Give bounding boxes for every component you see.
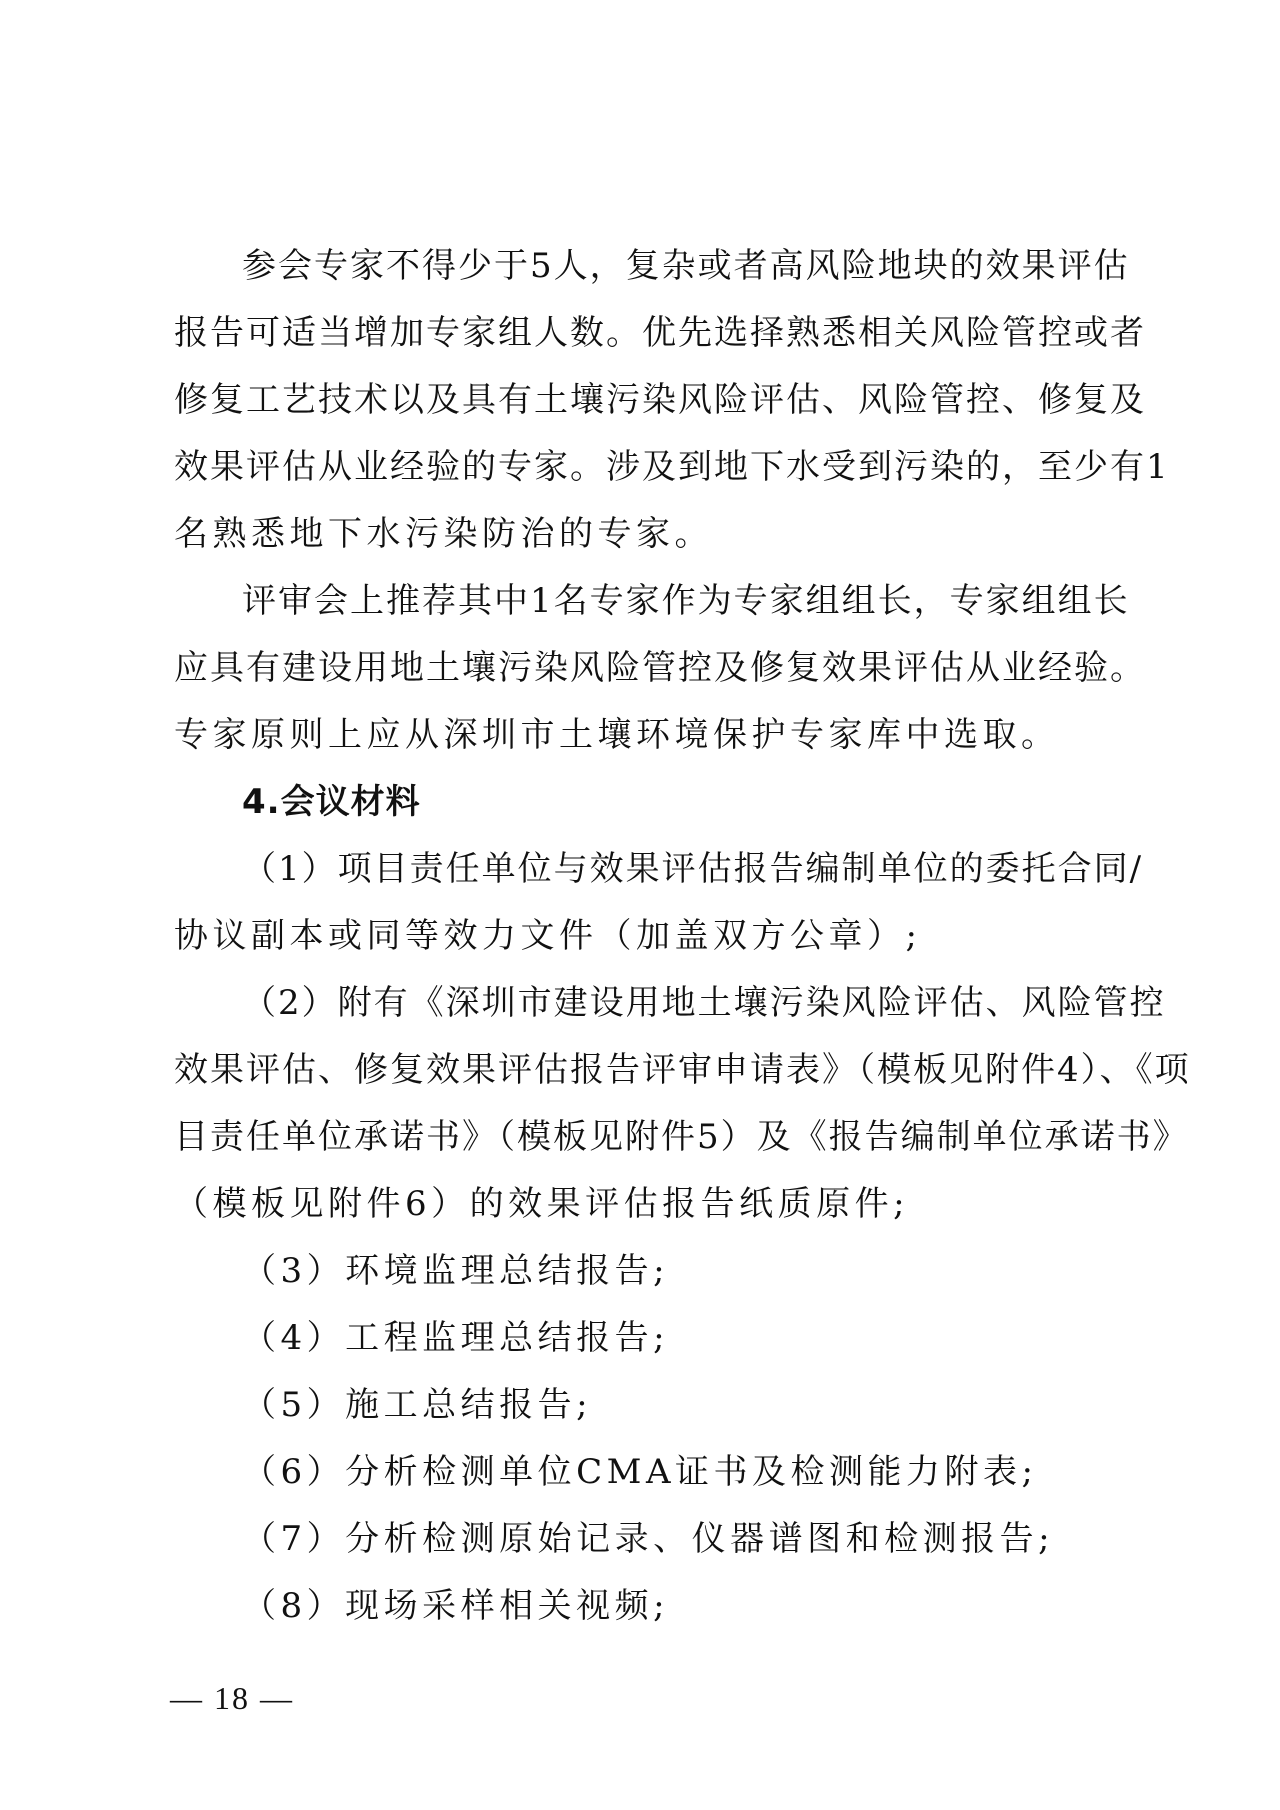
document-page: 参会专家不得少于5人，复杂或者高风险地块的效果评估 报告可适当增加专家组人数。优…	[0, 0, 1280, 1810]
text-line: 名熟悉地下水污染防治的专家。	[174, 501, 1107, 568]
text-line: 参会专家不得少于5人，复杂或者高风险地块的效果评估	[174, 233, 1107, 300]
page-number: — 18 —	[170, 1678, 294, 1718]
paragraph-expert-count: 参会专家不得少于5人，复杂或者高风险地块的效果评估 报告可适当增加专家组人数。优…	[174, 233, 1107, 568]
text-line: 评审会上推荐其中1名专家作为专家组组长，专家组组长	[174, 568, 1107, 635]
text-line: 修复工艺技术以及具有土壤污染风险评估、风险管控、修复及	[174, 367, 1107, 434]
text-line: 专家原则上应从深圳市土壤环境保护专家库中选取。	[174, 702, 1107, 769]
list-item: （1）项目责任单位与效果评估报告编制单位的委托合同/ 协议副本或同等效力文件（加…	[174, 836, 1107, 970]
list-item: （8）现场采样相关视频;	[174, 1573, 1107, 1640]
text-line: 协议副本或同等效力文件（加盖双方公章）;	[174, 903, 1107, 970]
text-line: （模板见附件6）的效果评估报告纸质原件;	[174, 1171, 1107, 1238]
text-line: （1）项目责任单位与效果评估报告编制单位的委托合同/	[174, 836, 1107, 903]
list-item: （2）附有《深圳市建设用地土壤污染风险评估、风险管控 效果评估、修复效果评估报告…	[174, 970, 1107, 1238]
text-line: 目责任单位承诺书》（模板见附件5）及《报告编制单位承诺书》	[174, 1104, 1107, 1171]
document-body: 参会专家不得少于5人，复杂或者高风险地块的效果评估 报告可适当增加专家组人数。优…	[174, 233, 1107, 1640]
paragraph-expert-leader: 评审会上推荐其中1名专家作为专家组组长，专家组组长 应具有建设用地土壤污染风险管…	[174, 568, 1107, 769]
text-line: 效果评估、修复效果评估报告评审申请表》（模板见附件4）、《项	[174, 1037, 1107, 1104]
text-line: 效果评估从业经验的专家。涉及到地下水受到污染的，至少有1	[174, 434, 1107, 501]
list-item: （3）环境监理总结报告;	[174, 1238, 1107, 1305]
list-item: （4）工程监理总结报告;	[174, 1305, 1107, 1372]
section-heading: 4.会议材料	[174, 769, 1107, 836]
list-item: （6）分析检测单位CMA证书及检测能力附表;	[174, 1439, 1107, 1506]
text-line: 应具有建设用地土壤污染风险管控及修复效果评估从业经验。	[174, 635, 1107, 702]
text-line: 报告可适当增加专家组人数。优先选择熟悉相关风险管控或者	[174, 300, 1107, 367]
text-line: （2）附有《深圳市建设用地土壤污染风险评估、风险管控	[174, 970, 1107, 1037]
list-item: （7）分析检测原始记录、仪器谱图和检测报告;	[174, 1506, 1107, 1573]
list-item: （5）施工总结报告;	[174, 1372, 1107, 1439]
